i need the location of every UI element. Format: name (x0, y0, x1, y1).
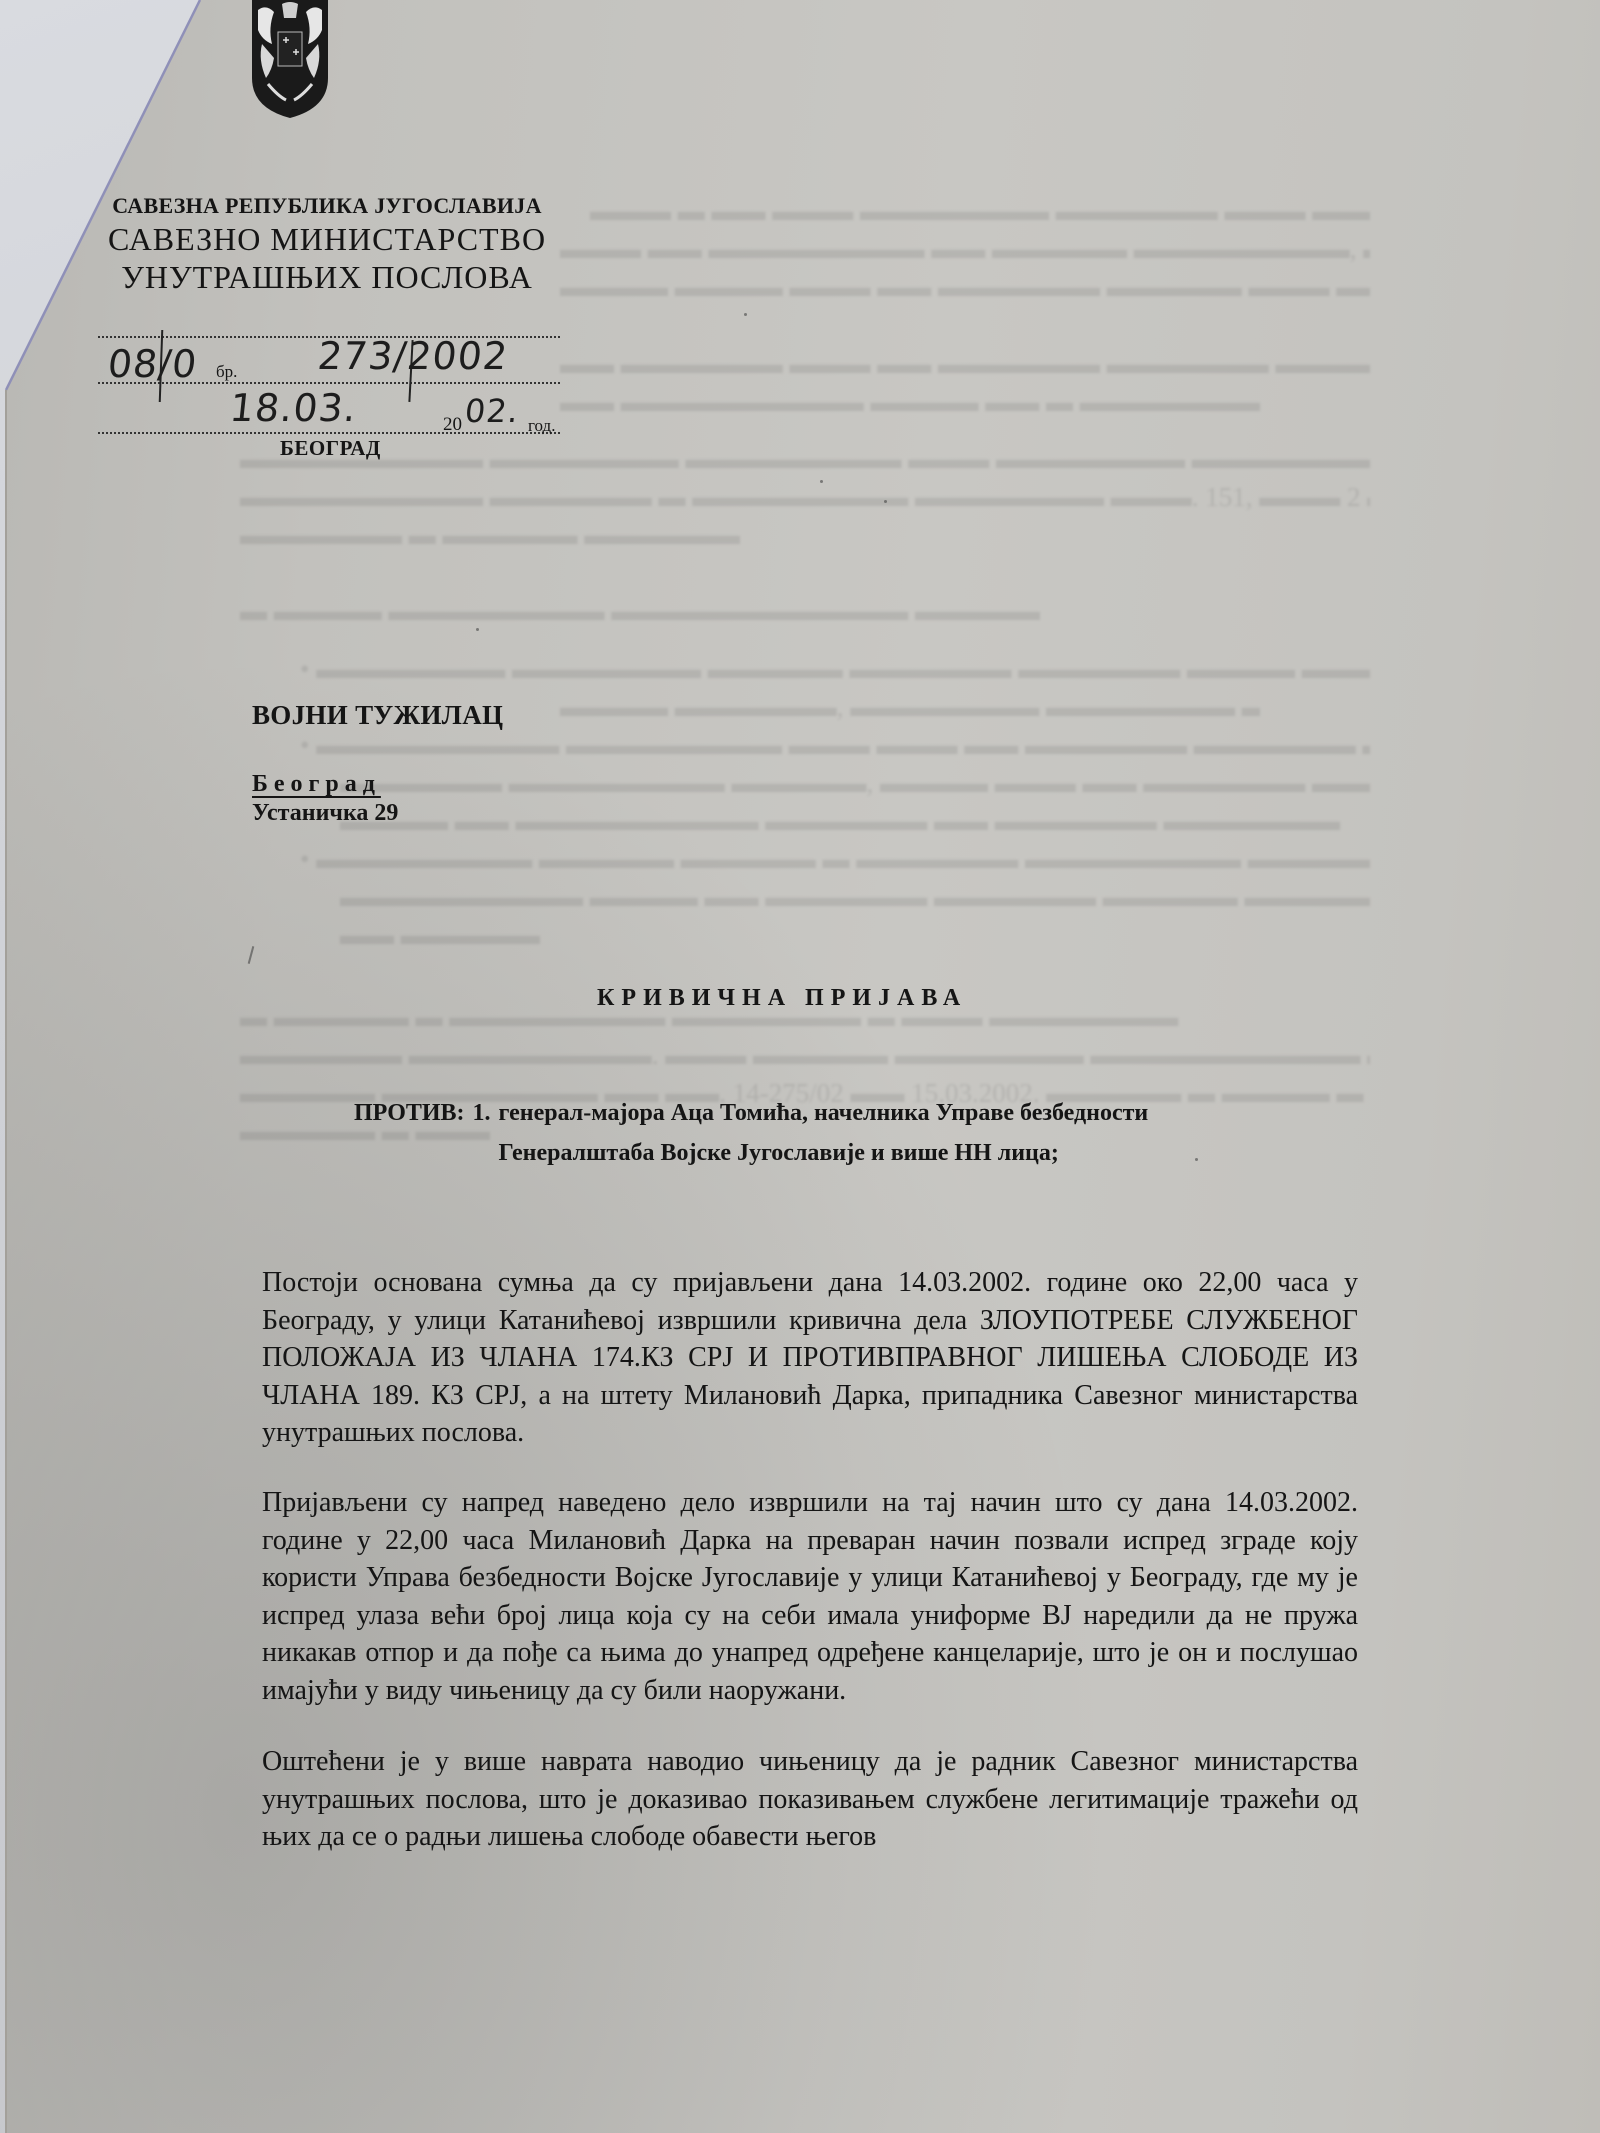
body-paragraph: Пријављени су напред наведено дело изврш… (262, 1484, 1358, 1709)
recipient-block: ВОЈНИ ТУЖИЛАЦ Београд Устаничка 29 (252, 700, 503, 827)
recipient-title: ВОЈНИ ТУЖИЛАЦ (252, 700, 503, 731)
reference-number: 273/2002 (316, 334, 511, 378)
recipient-city: Београд (252, 771, 503, 798)
reference-year-suffix: 02. (463, 392, 521, 430)
reference-year-label: год. (528, 416, 555, 436)
body-paragraph: Постоји основана сумња да су пријављени … (262, 1264, 1358, 1452)
against-block: ПРОТИВ: 1. генерал-мајора Аца Томића, на… (354, 1093, 1314, 1173)
against-item: 1. генерал-мајора Аца Томића, начелника … (473, 1093, 1299, 1173)
reference-city: БЕОГРАД (280, 436, 381, 461)
against-item-number: 1. (473, 1093, 491, 1173)
reference-code: 08/0 (106, 342, 200, 386)
reference-year-prefix: 20 (443, 414, 462, 436)
reference-number-label: бр. (216, 362, 237, 382)
letterhead-ministry-line2: УНУТРАШЊИХ ПОСЛОВА (92, 258, 562, 296)
against-label: ПРОТИВ: (354, 1093, 465, 1173)
dotted-line (98, 432, 560, 434)
letterhead-country: САВЕЗНА РЕПУБЛИКА ЈУГОСЛАВИЈА (92, 192, 562, 220)
coat-of-arms-icon (248, 0, 332, 118)
body-paragraph: Оштећени је у више наврата наводио чињен… (262, 1743, 1358, 1856)
reference-date: 18.03. (228, 386, 359, 430)
letterhead-ministry-line1: САВЕЗНО МИНИСТАРСТВО (92, 220, 562, 258)
against-item-text: генерал-мајора Аца Томића, начелника Упр… (499, 1093, 1299, 1173)
recipient-street: Устаничка 29 (252, 800, 503, 827)
document-title: КРИВИЧНА ПРИЈАВА (597, 985, 967, 1012)
letterhead: САВЕЗНА РЕПУБЛИКА ЈУГОСЛАВИЈА САВЕЗНО МИ… (92, 192, 562, 296)
